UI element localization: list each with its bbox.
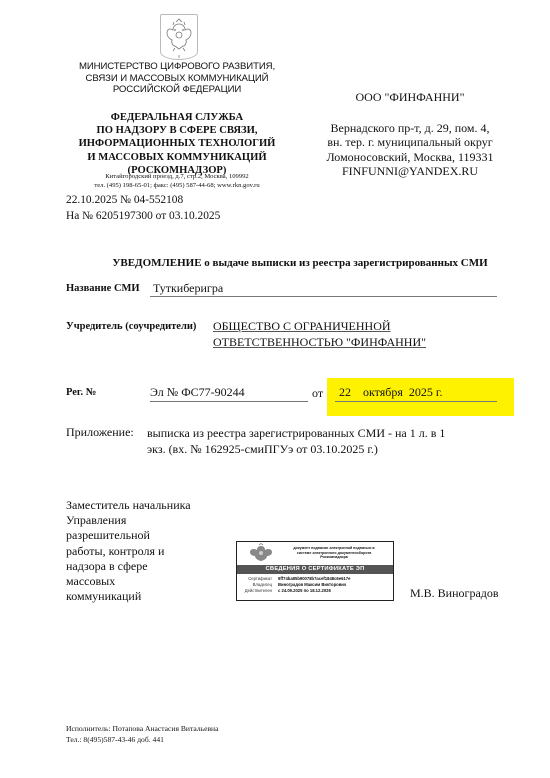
- russian-coat-of-arms-icon: [247, 543, 275, 563]
- position-line: Управления: [66, 513, 216, 528]
- position-line: надзора в сфере: [66, 559, 216, 574]
- ministry-line: РОССИЙСКОЙ ФЕДЕРАЦИИ: [64, 84, 290, 96]
- recipient-name: ООО "ФИНФАННИ": [296, 90, 524, 105]
- document-title: УВЕДОМЛЕНИЕ о выдаче выписки из реестра …: [60, 257, 540, 269]
- stamp-row-validity: Действителен с 24.09.2025 по 18.12.2026: [240, 588, 390, 594]
- reg-number-label: Рег. №: [66, 387, 96, 398]
- founder-line: ОТВЕТСТВЕННОСТЬЮ "ФИНФАННИ": [213, 334, 426, 350]
- position-line: массовых: [66, 574, 216, 589]
- service-address-line: Китайгородский проезд, д.7, стр.2, Москв…: [64, 172, 290, 181]
- executor-info: Исполнитель: Потапова Анастасия Витальев…: [66, 724, 218, 745]
- recipient-block: ООО "ФИНФАННИ" Вернадского пр-т, д. 29, …: [296, 90, 524, 179]
- attachment-value: выписка из реестра зарегистрированных СМ…: [147, 425, 477, 457]
- ministry-line: СВЯЗИ И МАССОВЫХ КОММУНИКАЦИЙ: [64, 73, 290, 85]
- attachment-line: выписка из реестра зарегистрированных СМ…: [147, 425, 477, 441]
- stamp-note-line: Роскомнадзора: [279, 555, 389, 559]
- service-line: ПО НАДЗОРУ В СФЕРЕ СВЯЗИ,: [64, 124, 290, 137]
- stamp-band: СВЕДЕНИЯ О СЕРТИФИКАТЕ ЭП: [237, 565, 393, 574]
- service-line: ИНФОРМАЦИОННЫХ ТЕХНОЛОГИЙ: [64, 137, 290, 150]
- stamp-value: с 24.09.2025 по 18.12.2026: [278, 588, 331, 594]
- ministry-line: МИНИСТЕРСТВО ЦИФРОВОГО РАЗВИТИЯ,: [64, 61, 290, 73]
- recipient-address-line: вн. тер. г. муниципальный округ: [296, 135, 524, 150]
- ministry-name: МИНИСТЕРСТВО ЦИФРОВОГО РАЗВИТИЯ, СВЯЗИ И…: [64, 61, 290, 96]
- signer-name: М.В. Виноградов: [410, 586, 499, 601]
- recipient-address-line: Ломоносовский, Москва, 119331: [296, 150, 524, 165]
- service-address: Китайгородский проезд, д.7, стр.2, Москв…: [64, 172, 290, 190]
- position-line: работы, контроля и: [66, 544, 216, 559]
- signer-position: Заместитель начальника Управления разреш…: [66, 498, 216, 604]
- reg-date-underline: [335, 401, 497, 402]
- attachment-line: экз. (вх. № 162925-смиПГУэ от 03.10.2025…: [147, 441, 477, 457]
- outgoing-reference: 22.10.2025 № 04-552108 На № 6205197300 о…: [66, 192, 220, 224]
- reg-number-underline: [150, 401, 308, 402]
- executor-phone: Тел.: 8(495)587-43-46 доб. 441: [66, 735, 218, 746]
- media-name-underline: [150, 296, 497, 297]
- position-line: Заместитель начальника: [66, 498, 216, 513]
- recipient-address-line: Вернадского пр-т, д. 29, пом. 4,: [296, 121, 524, 136]
- e-signature-stamp: документ подписан электронной подписью в…: [236, 541, 394, 601]
- attachment-label: Приложение:: [66, 425, 134, 440]
- executor-name: Исполнитель: Потапова Анастасия Витальев…: [66, 724, 218, 735]
- position-line: разрешительной: [66, 528, 216, 543]
- stamp-key: Действителен: [240, 588, 278, 594]
- founder-line: ОБЩЕСТВО С ОГРАНИЧЕННОЙ: [213, 318, 426, 334]
- outgoing-number: 22.10.2025 № 04-552108: [66, 192, 220, 208]
- service-line: И МАССОВЫХ КОММУНИКАЦИЙ: [64, 151, 290, 164]
- in-reply-to: На № 6205197300 от 03.10.2025: [66, 208, 220, 224]
- media-name-label: Название СМИ: [66, 283, 140, 294]
- reg-number-value: Эл № ФС77-90244: [150, 385, 245, 400]
- position-line: коммуникаций: [66, 589, 216, 604]
- recipient-email: FINFUNNI@YANDEX.RU: [296, 164, 524, 179]
- reg-date-value: 22 октября 2025 г.: [339, 385, 442, 400]
- founder-label: Учредитель (соучредители): [66, 321, 196, 332]
- russian-coat-of-arms-icon: [160, 14, 198, 60]
- reg-from-label: от: [312, 386, 323, 401]
- service-line: ФЕДЕРАЛЬНАЯ СЛУЖБА: [64, 111, 290, 124]
- service-name: ФЕДЕРАЛЬНАЯ СЛУЖБА ПО НАДЗОРУ В СФЕРЕ СВ…: [64, 111, 290, 177]
- service-contacts-line: тел. (495) 198-65-01; факс: (495) 587-44…: [64, 181, 290, 190]
- media-name-value: Туткиберигра: [153, 281, 223, 296]
- stamp-note: документ подписан электронной подписью в…: [275, 546, 393, 559]
- founder-value: ОБЩЕСТВО С ОГРАНИЧЕННОЙ ОТВЕТСТВЕННОСТЬЮ…: [213, 318, 426, 350]
